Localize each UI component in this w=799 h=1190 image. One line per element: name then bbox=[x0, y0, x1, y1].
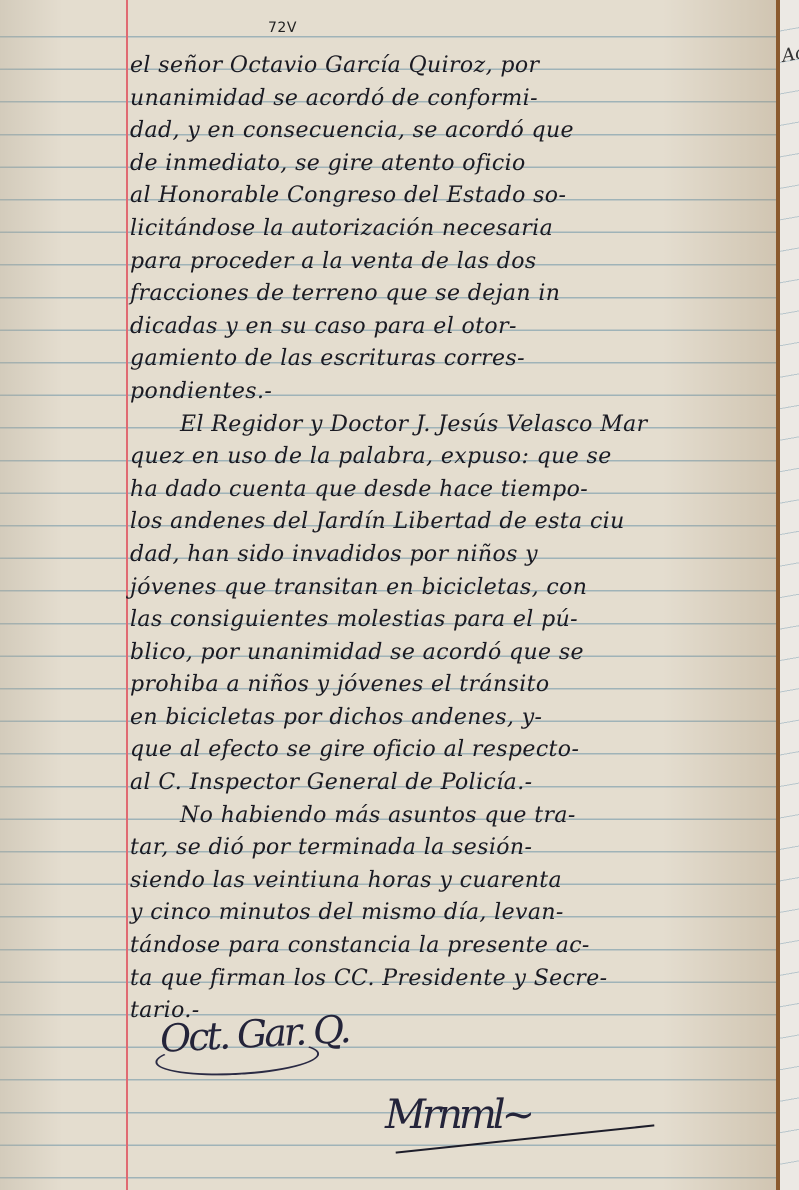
adjacent-page-fragment: Ac bbox=[780, 42, 799, 67]
secretary-signature: Mrnml~ bbox=[385, 1092, 531, 1138]
text-line: jóvenes que transitan en bicicletas, con bbox=[130, 572, 770, 605]
adjacent-page bbox=[780, 0, 799, 1190]
text-line: tándose para constancia la presente ac- bbox=[130, 930, 770, 963]
text-line: al C. Inspector General de Policía.- bbox=[130, 767, 770, 800]
text-line: fracciones de terreno que se dejan in bbox=[130, 278, 770, 311]
signature-glyph: Mrnml~ bbox=[385, 1092, 531, 1138]
text-line: las consiguientes molestias para el pú- bbox=[130, 604, 770, 637]
text-line: ha dado cuenta que desde hace tiempo- bbox=[130, 474, 770, 507]
president-signature: Oct. Gar. Q. bbox=[159, 1007, 349, 1061]
text-line: ta que firman los CC. Presidente y Secre… bbox=[130, 963, 770, 996]
text-line: gamiento de las escrituras corres- bbox=[130, 343, 770, 376]
paragraph-start-line: No habiendo más asuntos que tra- bbox=[130, 800, 770, 833]
text-line: unanimidad se acordó de conformi- bbox=[130, 83, 770, 116]
text-line: siendo las veintiuna horas y cuarenta bbox=[130, 865, 770, 898]
text-line: para proceder a la venta de las dos bbox=[130, 246, 770, 279]
text-line: prohiba a niños y jóvenes el tránsito bbox=[130, 669, 770, 702]
text-line: pondientes.- bbox=[130, 376, 770, 409]
text-line: blico, por unanimidad se acordó que se bbox=[130, 637, 770, 670]
handwritten-minutes: el señor Octavio García Quiroz, por unan… bbox=[130, 50, 770, 1028]
text-line: quez en uso de la palabra, expuso: que s… bbox=[130, 441, 770, 474]
page-number: 72V bbox=[268, 20, 297, 36]
text-line: dicadas y en su caso para el otor- bbox=[130, 311, 770, 344]
text-line: dad, y en consecuencia, se acordó que bbox=[130, 115, 770, 148]
text-line: y cinco minutos del mismo día, levan- bbox=[130, 897, 770, 930]
text-line: que al efecto se gire oficio al respecto… bbox=[130, 734, 770, 767]
text-line: el señor Octavio García Quiroz, por bbox=[130, 50, 770, 83]
text-line: de inmediato, se gire atento oficio bbox=[130, 148, 770, 181]
margin-line bbox=[126, 0, 128, 1190]
paragraph-start-line: El Regidor y Doctor J. Jesús Velasco Mar bbox=[130, 409, 770, 442]
text-line: en bicicletas por dichos andenes, y- bbox=[130, 702, 770, 735]
notebook-page: 72V el señor Octavio García Quiroz, por … bbox=[0, 0, 780, 1190]
text-line: dad, han sido invadidos por niños y bbox=[130, 539, 770, 572]
text-line: al Honorable Congreso del Estado so- bbox=[130, 180, 770, 213]
text-line: licitándose la autorización necesaria bbox=[130, 213, 770, 246]
text-line: los andenes del Jardín Libertad de esta … bbox=[130, 506, 770, 539]
text-line: tar, se dió por terminada la sesión- bbox=[130, 832, 770, 865]
